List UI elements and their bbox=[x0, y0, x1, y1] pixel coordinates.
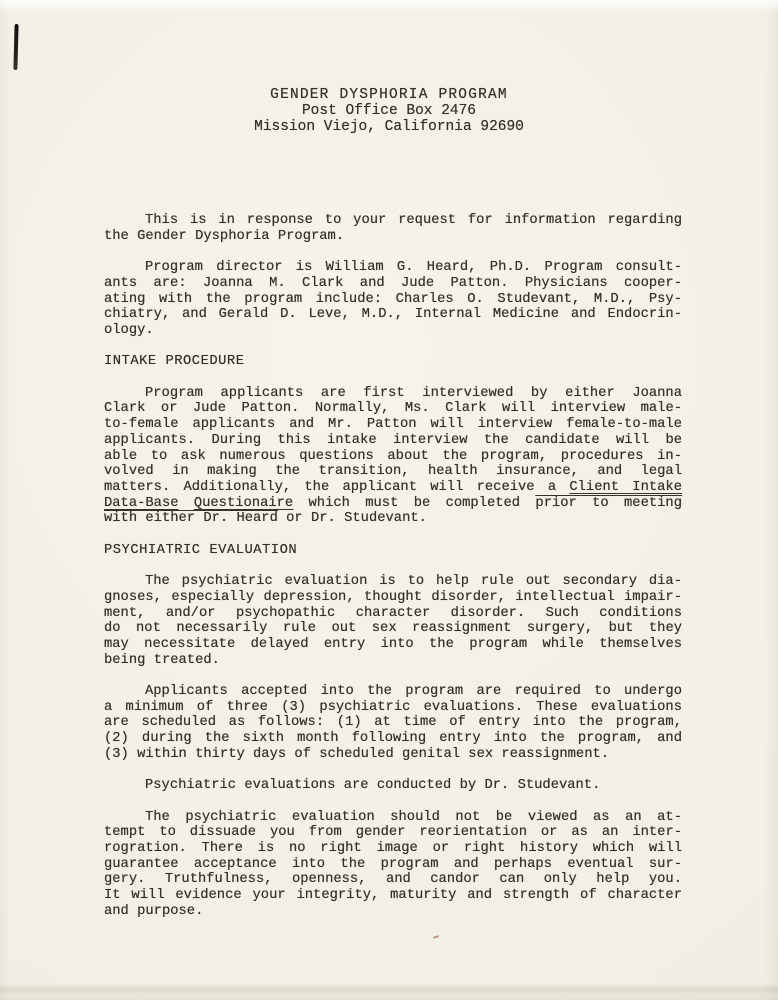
text-line: able to ask numerous questions about the… bbox=[104, 449, 682, 465]
paragraph: Applicants accepted into the program are… bbox=[104, 684, 682, 763]
text-line: may necessitate delayed entry into the p… bbox=[104, 637, 682, 653]
text-line: a minimum of three (3) psychiatric evalu… bbox=[104, 700, 682, 716]
ink-stroke-artifact bbox=[13, 24, 18, 70]
text-line: matters. Additionally, the applicant wil… bbox=[104, 480, 682, 496]
text-run: or Dr. Studevant. bbox=[278, 511, 427, 526]
text-line: ment, and/or psychopathic character diso… bbox=[104, 606, 682, 622]
po-box-line: Post Office Box 2476 bbox=[0, 103, 778, 119]
text-line: chiatry, and Gerald D. Leve, M.D., Inter… bbox=[104, 307, 682, 323]
paragraph: The psychiatric evaluation is to help ru… bbox=[104, 574, 682, 668]
text-line: guarantee acceptance into the program an… bbox=[104, 857, 682, 873]
letterhead: GENDER DYSPHORIA PROGRAM Post Office Box… bbox=[0, 87, 778, 136]
text-line: to-female applicants and Mr. Patton will… bbox=[104, 417, 682, 433]
document-body: This is in response to your request for … bbox=[104, 213, 682, 935]
text-line: (2) during the sixth month following ent… bbox=[104, 731, 682, 747]
text-line: and purpose. bbox=[104, 904, 682, 920]
paragraph: This is in response to your request for … bbox=[104, 213, 682, 244]
text-line: Data-Base Questionaire which must be com… bbox=[104, 496, 682, 512]
paragraph: The psychiatric evaluation should not be… bbox=[104, 810, 682, 920]
org-name: GENDER DYSPHORIA PROGRAM bbox=[0, 87, 778, 103]
text-line: The psychiatric evaluation should not be… bbox=[104, 810, 682, 826]
scan-speck-artifact bbox=[433, 935, 439, 939]
scan-crease-artifact bbox=[0, 984, 778, 994]
underlined-text: Client Intake bbox=[569, 480, 682, 495]
text-line: Applicants accepted into the program are… bbox=[104, 684, 682, 700]
text-line: gery. Truthfulness, openness, and candor… bbox=[104, 872, 682, 888]
text-line: ology. bbox=[104, 323, 682, 339]
text-line: Program director is William G. Heard, Ph… bbox=[104, 260, 682, 276]
text-line: tempt to dissuade you from gender reorie… bbox=[104, 825, 682, 841]
scanned-letter-page: GENDER DYSPHORIA PROGRAM Post Office Box… bbox=[0, 0, 778, 1000]
underline-artifact-text: with either Dr. Heard bbox=[104, 511, 278, 526]
paragraph: Psychiatric evaluations are conducted by… bbox=[104, 778, 682, 794]
text-run bbox=[179, 496, 194, 511]
text-line: (3) within thirty days of scheduled geni… bbox=[104, 747, 682, 763]
section-heading: INTAKE PROCEDURE bbox=[104, 354, 682, 370]
text-line: rogration. There is no right image or ri… bbox=[104, 841, 682, 857]
paragraph: Program applicants are first interviewed… bbox=[104, 386, 682, 527]
text-line: It will evidence your integrity, maturit… bbox=[104, 888, 682, 904]
paragraph: Program director is William G. Heard, Ph… bbox=[104, 260, 682, 339]
text-line: being treated. bbox=[104, 653, 682, 669]
text-line: The psychiatric evaluation is to help ru… bbox=[104, 574, 682, 590]
text-line: the Gender Dysphoria Program. bbox=[104, 229, 682, 245]
text-line: with either Dr. Heard or Dr. Studevant. bbox=[104, 511, 682, 527]
text-line: are scheduled as follows: (1) at time of… bbox=[104, 715, 682, 731]
text-line: Program applicants are first interviewed… bbox=[104, 386, 682, 402]
underline-artifact-text: prior to meeting bbox=[535, 496, 682, 511]
text-line: ants are: Joanna M. Clark and Jude Patto… bbox=[104, 276, 682, 292]
text-run: matters. Additionally, the applicant wil… bbox=[104, 480, 569, 495]
underlined-text: Data-Base bbox=[104, 496, 179, 511]
text-run: which must be completed bbox=[293, 496, 535, 511]
text-line: gnoses, especially depression, thought d… bbox=[104, 590, 682, 606]
text-line: ating with the program include: Charles … bbox=[104, 292, 682, 308]
underlined-text: Questionaire bbox=[194, 496, 293, 511]
text-line: volved in making the transition, health … bbox=[104, 464, 682, 480]
text-line: Clark or Jude Patton. Normally, Ms. Clar… bbox=[104, 401, 682, 417]
text-line: This is in response to your request for … bbox=[104, 213, 682, 229]
section-heading: PSYCHIATRIC EVALUATION bbox=[104, 543, 682, 559]
text-line: applicants. During this intake interview… bbox=[104, 433, 682, 449]
city-state-zip-line: Mission Viejo, California 92690 bbox=[0, 119, 778, 135]
text-line: do not necessarily rule out sex reassign… bbox=[104, 621, 682, 637]
text-line: Psychiatric evaluations are conducted by… bbox=[104, 778, 682, 794]
